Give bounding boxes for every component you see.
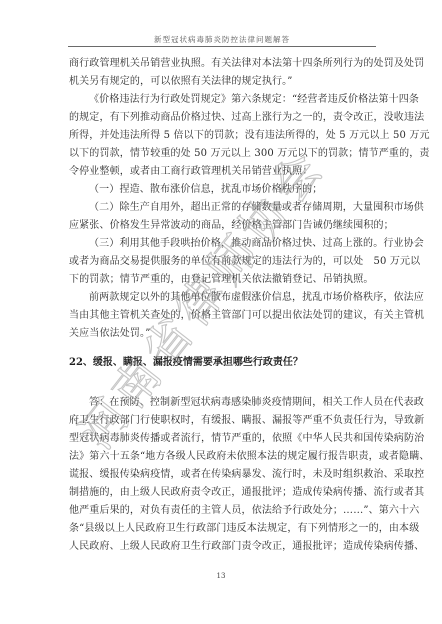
text-line: 令停业整顿，或者由工商行政管理机关吊销营业执照：	[69, 163, 375, 181]
text-line: 制措施的，由上级人民政府责令改正，通报批评；造成传染病传播、流行或者其	[69, 484, 375, 502]
paragraph-start: 《价格违法行为行政处罚规定》第六条规定：“经营者违反价格法第十四条	[69, 91, 375, 109]
spacer	[69, 372, 375, 394]
spacer	[69, 343, 375, 354]
text-line: 机关另有规定的，可以依照有关法律的规定执行。”	[69, 73, 375, 91]
answer-start: 答：在预防、控制新型冠状病毒感染肺炎疫情期间，相关工作人员在代表政	[69, 394, 375, 412]
page-number: 13	[0, 572, 442, 580]
text-line: 下的罚款；情节严重的，由登记管理机关依法撤销登记、吊销执照。	[69, 271, 375, 289]
text-line: 关应当依法处罚。”	[69, 325, 375, 343]
text-line: 法》第六十五条“地方各级人民政府未依照本法的规定履行报告职责，或者隐瞒、	[69, 448, 375, 466]
paragraph-start: 前两款规定以外的其他单位散布虚假涨价信息，扰乱市场价格秩序，依法应	[69, 289, 375, 307]
text-line: 人民政府、上级人民政府卫生行政部门责令改正，通报批评；造成传染病传播、	[69, 538, 375, 556]
text-line: 或者为商品交易提供服务的单位有前款规定的违法行为的，可以处 50 万元以	[69, 253, 375, 271]
list-item-1: （一）捏造、散布涨价信息，扰乱市场价格秩序的；	[69, 181, 375, 199]
page-body: 商行政管理机关吊销营业执照。有关法律对本法第十四条所列行为的处罚及处罚 机关另有…	[69, 55, 375, 556]
text-line: 的规定，有下列推动商品价格过快、过高上涨行为之一的，责令改正，没收违法	[69, 109, 375, 127]
text-line: 他严重后果的，对负有责任的主管人员，依法给予行政处分；……”、第六十六	[69, 502, 375, 520]
text-line: 条“县级以上人民政府卫生行政部门违反本法规定，有下列情形之一的，由本级	[69, 520, 375, 538]
text-line: 谎报、缓报传染病疫情，或者在传染病暴发、流行时，未及时组织救治、采取控	[69, 466, 375, 484]
list-item-3: （三）利用其他手段哄抬价格，推动商品价格过快、过高上涨的。行业协会	[69, 235, 375, 253]
text-line: 所得，并处违法所得 5 倍以下的罚款；没有违法所得的，处 5 万元以上 50 万…	[69, 127, 375, 145]
text-line: 应紧张、价格发生异常波动的商品，经价格主管部门告诫仍继续囤积的；	[69, 217, 375, 235]
list-item-2: （二）除生产自用外，超出正常的存储数量或者存储周期，大量囤积市场供	[69, 199, 375, 217]
text-line: 型冠状病毒肺炎传播或者流行，情节严重的，依照《中华人民共和国传染病防治	[69, 430, 375, 448]
question-heading: 22、缓报、瞒报、漏报疫情需要承担哪些行政责任？	[69, 354, 375, 372]
running-header: 新型冠状病毒肺炎防控法律问题解答	[68, 34, 376, 45]
text-line: 当由其他主管机关查处的，价格主管部门可以提出依法处罚的建议，有关主管机	[69, 307, 375, 325]
text-line: 以下的罚款，情节较重的处 50 万元以上 300 万元以下的罚款；情节严重的，责	[69, 145, 375, 163]
document-page: 新型冠状病毒肺炎防控法律问题解答 商行政管理机关吊销营业执照。有关法律对本法第十…	[0, 0, 442, 624]
text-line: 府卫生行政部门行使职权时，有缓报、瞒报、漏报等严重不负责任行为，导致新	[69, 412, 375, 430]
header-rule	[68, 46, 376, 47]
text-line: 商行政管理机关吊销营业执照。有关法律对本法第十四条所列行为的处罚及处罚	[69, 55, 375, 73]
